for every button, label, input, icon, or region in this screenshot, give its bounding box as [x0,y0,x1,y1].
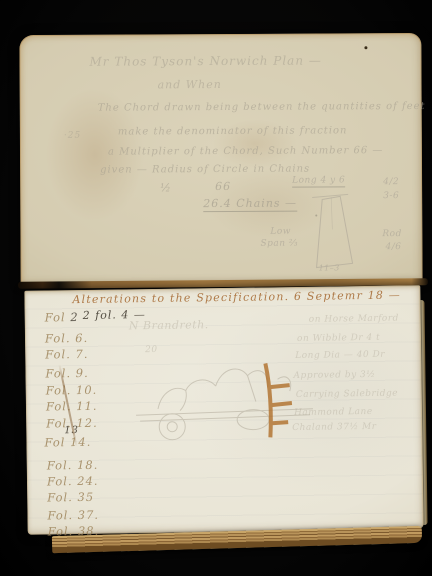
body-line-1: The Chord drawn being between the quanti… [98,101,426,114]
right-margin-note-3: Rod [382,229,402,239]
right-margin-note-4: 4/6 [385,242,401,252]
value-note: 66 [215,180,231,193]
brandreth-name-note: N Brandreth. [129,318,209,332]
folio-entry: Fol. 24. [47,474,99,489]
pencil-note-right-3: Long Dia — 40 Dr [295,350,385,361]
alterations-heading: Alterations to the Specification. 6 Sept… [72,289,401,307]
notebook-bottom-page: Alterations to the Specification. 6 Sept… [24,285,423,535]
folio-entry: Fol. 10. [46,383,98,398]
folio-entry: Fol. 35 [47,490,94,505]
pencil-note-right-5: Carrying Salebridge [296,389,398,400]
pencil-low-note: Low [270,227,291,237]
trapezoid-caption: 11–3 [319,263,340,272]
orange-ladder-mark [265,363,292,437]
page-subtitle-handwriting: and When [158,78,222,91]
folio-entry: Fol. 9. [45,366,88,381]
folio-entry: Fol 2 [45,310,79,324]
pencil-length-note: Long 4 y 6 [292,175,345,187]
page-title-handwriting: Mr Thos Tyson's Norwich Plan — [89,53,321,68]
pencil-note-right-6: Hammond Lane [294,407,373,418]
folio-entry: Fol 14. [44,435,91,450]
folio-entry: Fol. 7. [45,347,88,362]
notebook-top-page: Mr Thos Tyson's Norwich Plan — and When … [19,33,422,285]
folio-entry: Fol. 11. [46,399,98,414]
chains-result-note: 26.4 Chains — [203,197,297,212]
pencil-note-right-2: on Wibble Dr 4 t [297,333,380,344]
right-margin-note-2: 3-6 [383,191,399,201]
body-line-3: a Multiplier of the Chord, Such Number 6… [108,145,383,157]
machine-pencil-sketch [127,345,318,448]
folio-entry: Fol. 37. [47,508,99,523]
fraction-note: ½ [160,181,172,194]
pencil-note-right-1: on Horse Marford [309,314,399,325]
pencil-span-note: Span ⅔ [260,239,298,249]
body-line-4: given — Radius of Circle in Chains [100,164,310,176]
folio-entry: Fol. 6. [45,331,88,346]
folio-entry: Fol. 18. [47,458,99,473]
photograph-background: Mr Thos Tyson's Norwich Plan — and When … [0,0,432,576]
right-margin-note-1: 4/2 [383,177,399,187]
left-margin-note: ·25 [64,131,81,141]
folio-label: Fol [45,310,66,324]
pin-hole-mark [364,46,367,49]
body-line-2: make the denominator of this fraction [118,125,348,137]
folio-number-dark: 2 [70,310,79,324]
pencil-note-right-4: Approved by 3½ [293,370,375,381]
pencil-note-right-7: Chaland 37½ Mr [292,422,376,433]
